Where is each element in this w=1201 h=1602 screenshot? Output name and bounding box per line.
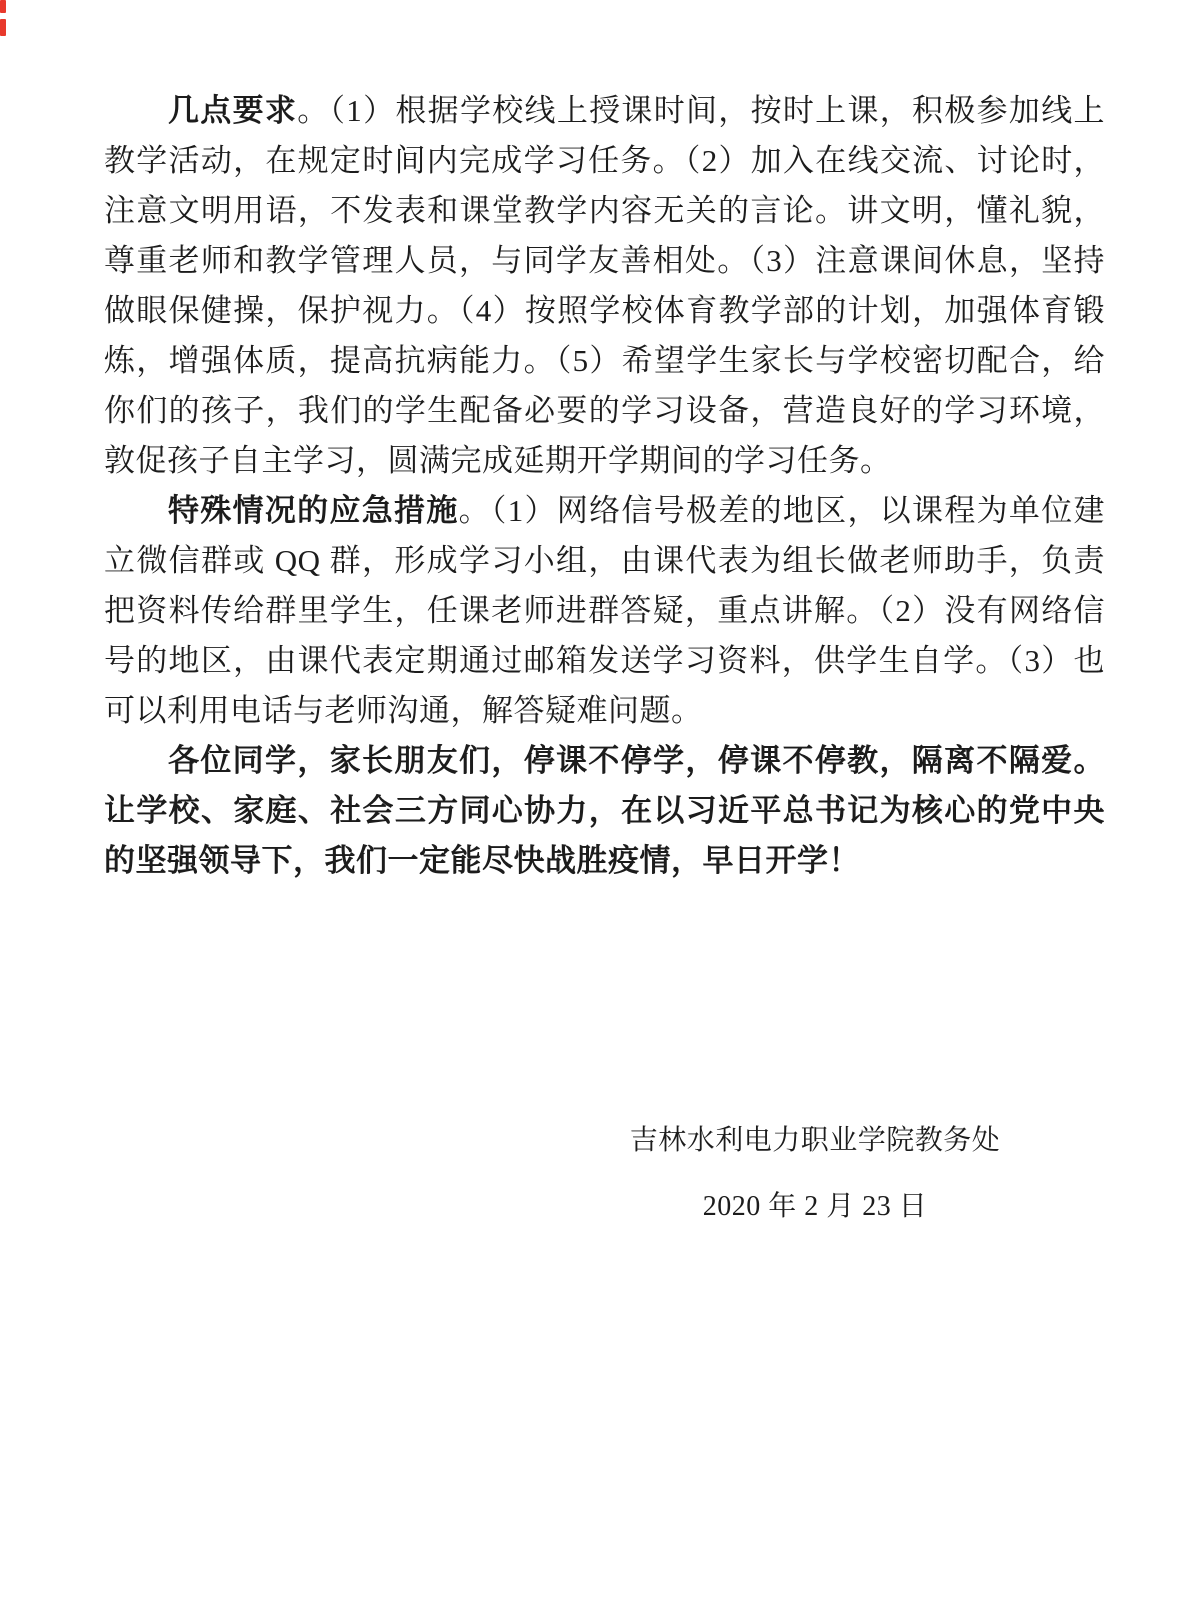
paragraph-requirements-heading: 几点要求 — [168, 93, 297, 128]
signature-org: 吉林水利电力职业学院教务处 — [595, 1108, 1035, 1174]
signature-block: 吉林水利电力职业学院教务处 2020 年 2 月 23 日 — [595, 1108, 1035, 1240]
paragraph-emergency-measures: 特殊情况的应急措施。（1）网络信号极差的地区，以课程为单位建立微信群或 QQ 群… — [104, 486, 1105, 736]
paragraph-closing: 各位同学，家长朋友们，停课不停学，停课不停教，隔离不隔爱。让学校、家庭、社会三方… — [104, 736, 1105, 886]
document-body: 几点要求。（1）根据学校线上授课时间，按时上课，积极参加线上教学活动，在规定时间… — [104, 86, 1105, 886]
red-edge-mark-1 — [0, 0, 6, 13]
paragraph-requirements: 几点要求。（1）根据学校线上授课时间，按时上课，积极参加线上教学活动，在规定时间… — [104, 86, 1105, 486]
paragraph-closing-text: 各位同学，家长朋友们，停课不停学，停课不停教，隔离不隔爱。让学校、家庭、社会三方… — [104, 743, 1105, 878]
document-page: 几点要求。（1）根据学校线上授课时间，按时上课，积极参加线上教学活动，在规定时间… — [0, 0, 1201, 1602]
red-edge-mark-2 — [0, 19, 6, 36]
signature-date: 2020 年 2 月 23 日 — [595, 1174, 1035, 1240]
paragraph-emergency-measures-heading: 特殊情况的应急措施 — [168, 493, 459, 528]
paragraph-emergency-measures-text: 。（1）网络信号极差的地区，以课程为单位建立微信群或 QQ 群，形成学习小组，由… — [104, 493, 1105, 728]
paragraph-requirements-text: 。（1）根据学校线上授课时间，按时上课，积极参加线上教学活动，在规定时间内完成学… — [104, 93, 1105, 478]
